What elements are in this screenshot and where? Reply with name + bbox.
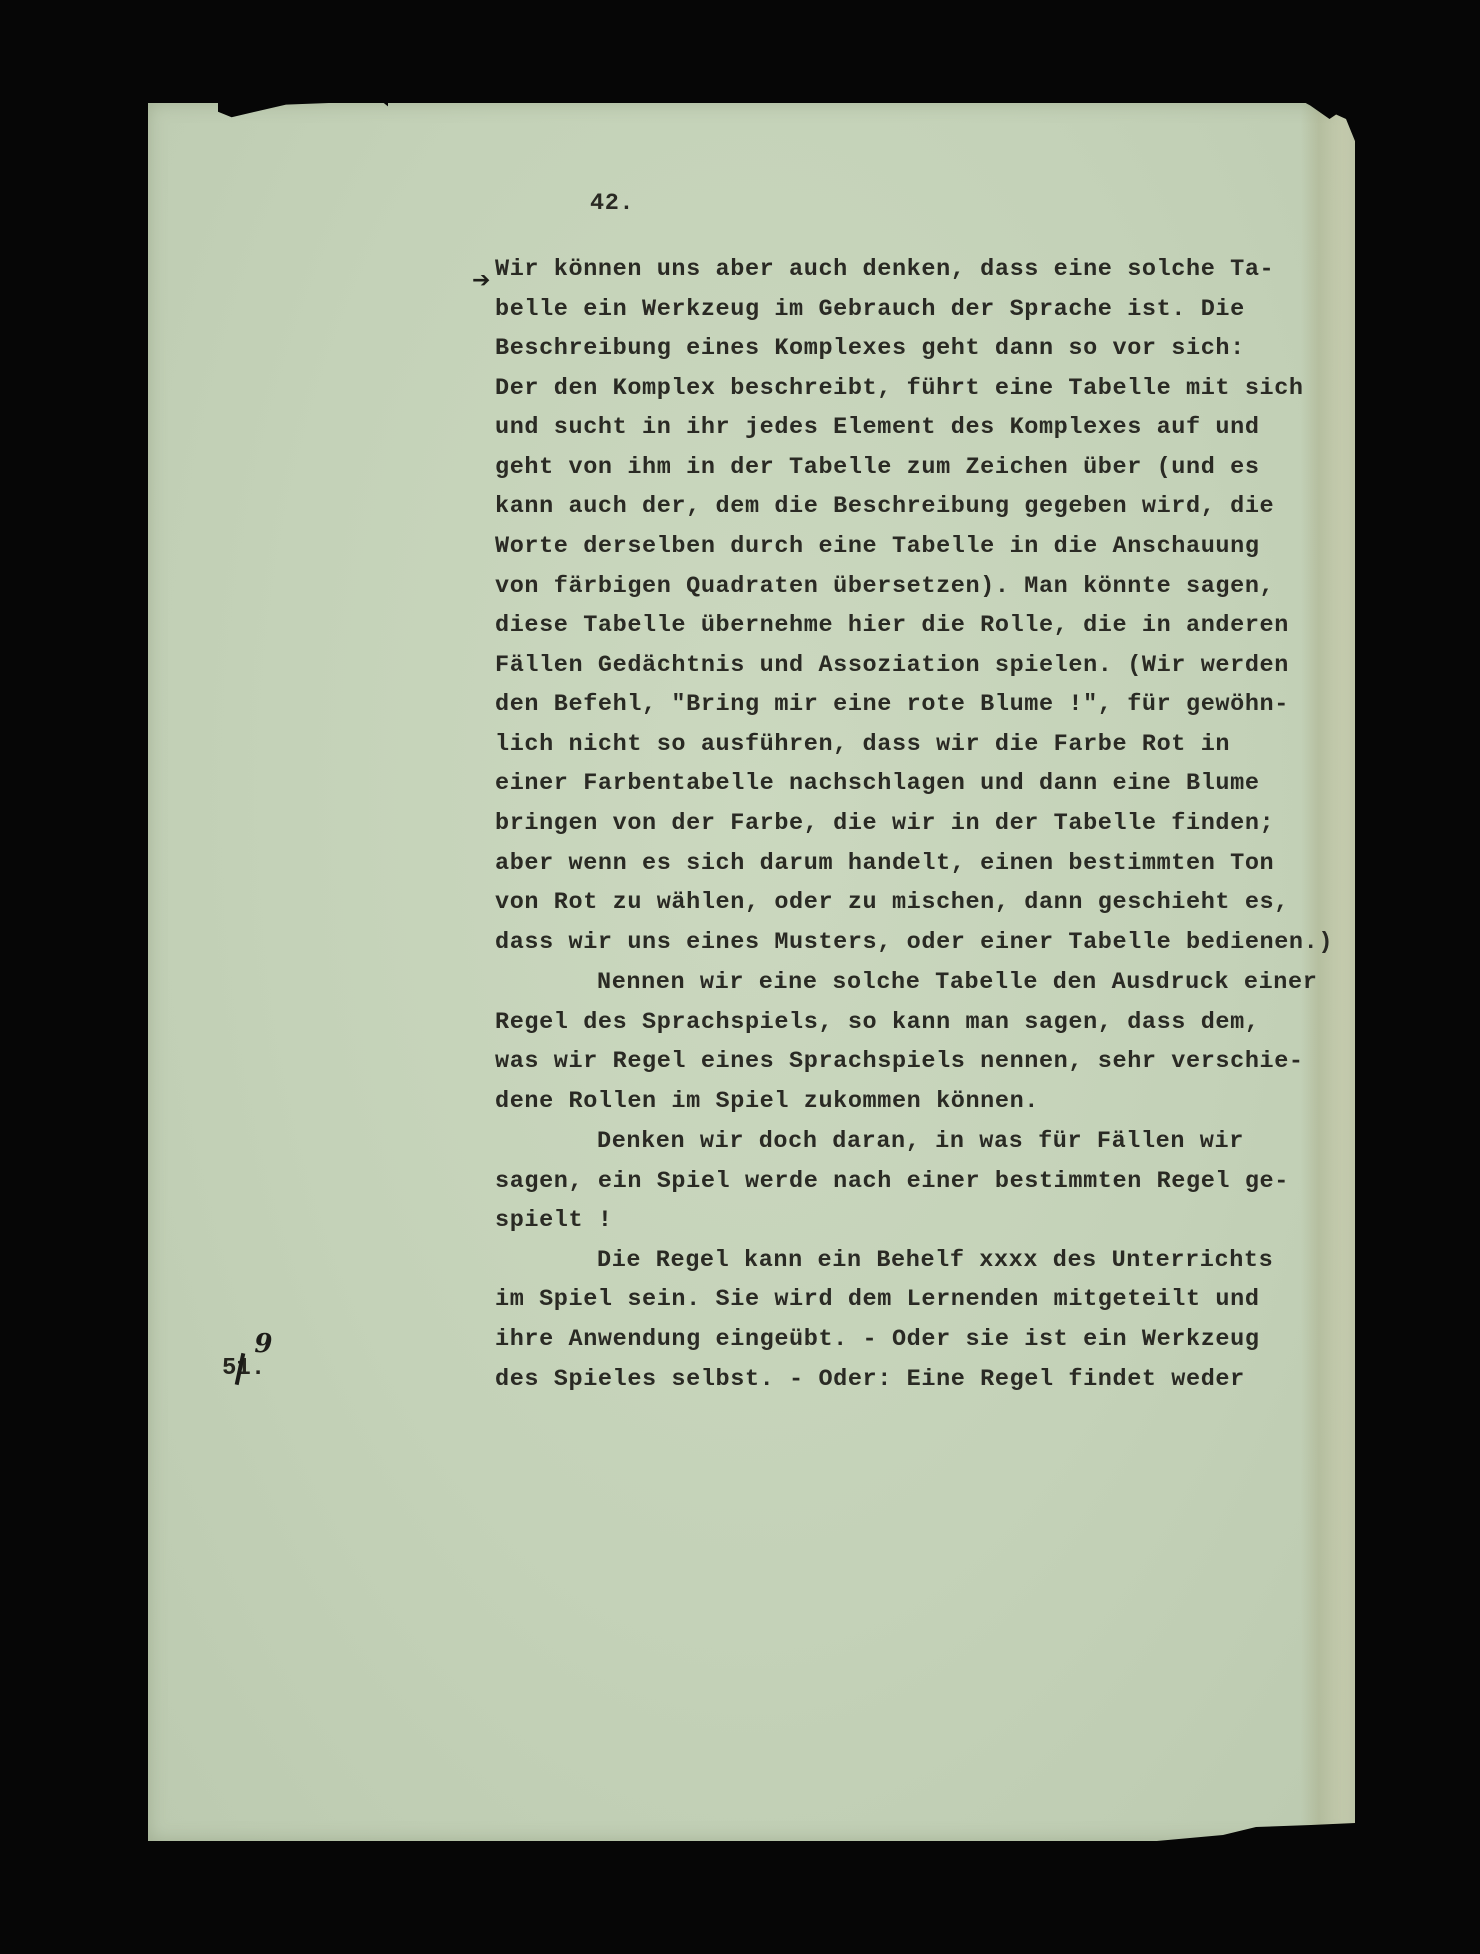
- typed-line: dass wir uns eines Musters, oder einer T…: [495, 931, 1333, 955]
- page-number: 42.: [590, 192, 634, 216]
- typed-line: Nennen wir eine solche Tabelle den Ausdr…: [597, 971, 1317, 995]
- typed-line: von färbigen Quadraten übersetzen). Man …: [495, 575, 1274, 599]
- typed-line: ihre Anwendung eingeübt. - Oder sie ist …: [495, 1328, 1260, 1352]
- margin-section-number: 519.: [222, 1355, 265, 1382]
- typed-line: bringen von der Farbe, die wir in der Ta…: [495, 812, 1274, 836]
- torn-edge-top: [218, 101, 388, 119]
- typed-line: Beschreibung eines Komplexes geht dann s…: [495, 337, 1245, 361]
- typed-line: was wir Regel eines Sprachspiels nennen,…: [495, 1050, 1304, 1074]
- typed-line: aber wenn es sich darum handelt, einen b…: [495, 852, 1274, 876]
- typed-line: geht von ihm in der Tabelle zum Zeichen …: [495, 456, 1260, 480]
- typed-line: Der den Komplex beschreibt, führt eine T…: [495, 377, 1304, 401]
- typed-line: diese Tabelle übernehme hier die Rolle, …: [495, 614, 1289, 638]
- torn-corner-top-right: [1302, 101, 1357, 146]
- typed-line: Worte derselben durch eine Tabelle in di…: [495, 535, 1260, 559]
- typed-line: im Spiel sein. Sie wird dem Lernenden mi…: [495, 1288, 1260, 1312]
- typed-line: von Rot zu wählen, oder zu mischen, dann…: [495, 891, 1289, 915]
- typed-line: dene Rollen im Spiel zukommen können.: [495, 1090, 1039, 1114]
- typed-line: und sucht in ihr jedes Element des Kompl…: [495, 416, 1260, 440]
- typed-line: lich nicht so ausführen, dass wir die Fa…: [495, 733, 1230, 757]
- margin-number-prefix: 5: [222, 1355, 236, 1382]
- typed-line: des Spieles selbst. - Oder: Eine Regel f…: [495, 1368, 1245, 1392]
- typed-line: Die Regel kann ein Behelf xxxx des Unter…: [597, 1249, 1273, 1273]
- struck-digit: 19: [236, 1355, 250, 1382]
- margin-number-suffix: .: [251, 1355, 265, 1382]
- typed-line: Fällen Gedächtnis und Assoziation spiele…: [495, 654, 1289, 678]
- typed-line: Wir können uns aber auch denken, dass ei…: [495, 258, 1274, 282]
- typed-line: spielt !: [495, 1209, 613, 1233]
- typed-line: Regel des Sprachspiels, so kann man sage…: [495, 1011, 1260, 1035]
- insertion-arrow-icon: ➔: [472, 268, 490, 293]
- typed-line: belle ein Werkzeug im Gebrauch der Sprac…: [495, 298, 1245, 322]
- torn-edge-bottom: [1135, 1823, 1355, 1843]
- typed-line: kann auch der, dem die Beschreibung gege…: [495, 495, 1274, 519]
- handwritten-correction: 9: [254, 1329, 272, 1359]
- typed-line: sagen, ein Spiel werde nach einer bestim…: [495, 1170, 1289, 1194]
- typed-line: den Befehl, "Bring mir eine rote Blume !…: [495, 693, 1289, 717]
- typed-line: Denken wir doch daran, in was für Fällen…: [597, 1130, 1244, 1154]
- typed-line: einer Farbentabelle nachschlagen und dan…: [495, 772, 1260, 796]
